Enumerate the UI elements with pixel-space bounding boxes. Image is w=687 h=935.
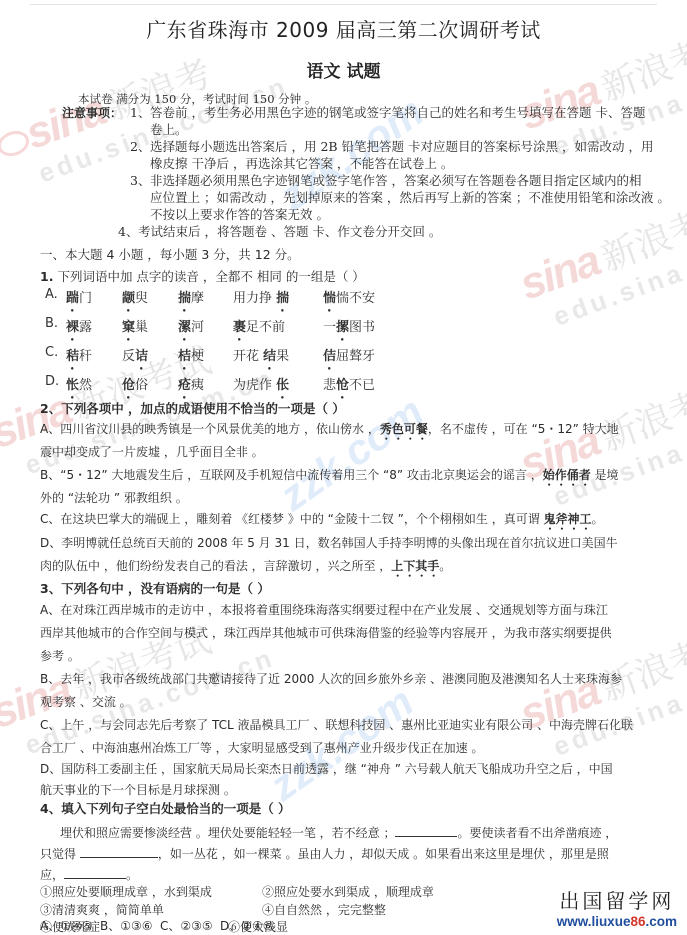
q2-option-c: C、在这块巴掌大的端砚上 ，雕刻着 《红楼梦 》中的 “金陵十二钗 ”，个个栩栩…	[40, 510, 604, 533]
q4-answer-a[interactable]: A、①④⑤	[40, 917, 92, 935]
q1-c-4: 开花 结果	[233, 345, 289, 373]
q1-a-2: 颛臾	[122, 287, 148, 315]
q1-a-3: 揣摩	[178, 287, 204, 315]
q1-number: 1.	[40, 269, 53, 284]
q1-d-4: 为虎作 伥	[233, 374, 289, 402]
q4-choice-1: ①照应处要顺理成章 ，水到渠成	[40, 883, 212, 901]
note-3-line-1: 非选择题必须用黑色字迹钢笔或签字笔作答 ，答案必须写在答题卷各题目指定区域内的相	[150, 172, 641, 190]
q4-choice-4: ④自自然然 ，完完整整	[262, 901, 386, 919]
note-4-line-1: 考试结束后 ，将答题卷 、答题 卡、作文卷分开交回 。	[138, 223, 441, 241]
exam-subtitle: 语文 试题	[0, 57, 687, 82]
q2-b-idiom: 始作俑者	[543, 468, 591, 482]
q3-option-b-2: 观考察 、交流 。	[40, 693, 132, 711]
note-1-num: 1、	[130, 104, 150, 122]
q2-c-idiom: 鬼斧神工	[544, 512, 592, 526]
q4-answer-c[interactable]: C、②③⑤	[160, 917, 213, 935]
logo-url[interactable]: www.liuxue86.com	[557, 914, 677, 929]
q3-option-d-2: 航天事业的下一个目标是月球探测 。	[40, 781, 236, 799]
q4-passage-line-3: 应，。	[40, 864, 138, 884]
q1-row-d-label: D.	[45, 374, 59, 389]
q4-choice-2: ②照应处要水到渠成 ，顺理成章	[262, 883, 434, 901]
q4-answer-d[interactable]: D、②④⑥	[220, 917, 274, 935]
q3-option-b-1: B、去年 ，我市各级统战部门共邀请接待了近 2000 人次的回乡旅外乡亲 、港澳…	[40, 670, 622, 688]
note-2-line-1: 选择题每小题选出答案后 ，用 2B 铅笔把答题 卡对应题目的答案标号涂黑 ，如需…	[150, 138, 653, 156]
note-1-line-1: 答卷前 ，考生务必用黑色字迹的钢笔或签字笔将自己的姓名和考生号填写在答题 卡、答…	[150, 104, 645, 122]
q2-option-d-cont: 肉的队伍中 ，他们纷纷发表自己的看法 ，言辞激切 ，兴之所至 ，上下其手。	[40, 557, 451, 580]
q4-passage-line-1: 埋伏和照应需要惨淡经营 。埋伏处要能轻轻一笔 ，若不经意 ；。要使读者看不出斧凿…	[60, 822, 617, 842]
q1-text: 下列词语中加 点字的读音 ，全都不 相同 的一组是（ ）	[57, 269, 364, 284]
note-2-line-2: 橡皮擦 干净后 ，再选涂其它答案 ，不能答在试卷上 。	[150, 155, 453, 173]
q2-d-idiom: 上下其手	[391, 559, 439, 573]
q2-option-b: B、“5・12” 大地震发生后 ，互联网及手机短信中流传着用三个 “8” 攻击北…	[40, 466, 619, 489]
q3-option-a-2: 西岸其他城市的合作空间与模式 ，珠江西岸其他城市可供珠海借鉴的经验等内容展开 ，…	[40, 624, 612, 642]
q3-option-d-1: D、国防科工委副主任 ，国家航天局局长栾杰日前透露 ，继 “神舟 ” 六号载人航…	[40, 760, 613, 778]
q1-c-1: 秸秆	[66, 345, 92, 373]
q1-d-3: 疮痍	[178, 374, 204, 402]
q1-stem: 1. 下列词语中加 点字的读音 ，全都不 相同 的一组是（ ）	[40, 268, 365, 286]
q1-b-3: 漯河	[178, 316, 204, 344]
q3-option-c-1: C、上午 ，与会同志先后考察了 TCL 液晶模具工厂 、联想科技园 、惠州比亚迪…	[40, 716, 633, 734]
q1-c-2: 反诘	[122, 345, 148, 373]
q3-option-a-1: A、在对珠江西岸城市的走访中 ，本报将着重围绕珠海落实纲要过程中在产业发展 、交…	[40, 601, 608, 619]
q2-option-b-cont: 外的 “法轮功 ” 邪教组织 。	[40, 489, 188, 507]
q4-blank-3[interactable]	[64, 864, 126, 879]
note-4-num: 4、	[118, 223, 138, 241]
q2-a-idiom: 秀色可餐	[380, 422, 428, 436]
q2-stem: 2、下列各项中 ，加点的成语使用不恰当的一项是（ ）	[40, 400, 345, 418]
note-3-line-2: 应位置上 ；如需改动 ，先划掉原来的答案 ，然后再写上新的答案 ；不准使用铅笔和…	[150, 189, 670, 207]
q1-c-3: 桔梗	[178, 345, 204, 373]
q4-blank-1[interactable]	[395, 822, 457, 837]
liuxue86-logo: 出国留学网 www.liuxue86.com	[557, 885, 677, 929]
logo-name: 出国留学网	[557, 885, 677, 914]
q4-blank-2[interactable]	[80, 843, 158, 858]
exam-title: 广东省珠海市 2009 届高三第二次调研考试	[0, 14, 687, 43]
q1-row-a-label: A.	[45, 287, 58, 302]
notes-label: 注意事项：	[62, 104, 122, 122]
note-3-num: 3、	[130, 172, 150, 190]
note-1-line-2: 卷上。	[150, 121, 188, 139]
q1-b-5: 一摞图书	[323, 316, 375, 344]
q4-stem: 4、填入下列句子空白处最恰当的一项是（ ）	[40, 800, 291, 818]
q2-option-d: D、李明博就任总统百天前的 2008 年 5 月 31 日，数名韩国人手持李明博…	[40, 534, 618, 552]
q1-d-1: 怅然	[66, 374, 92, 402]
q4-passage-line-2: 只觉得 ，如一丛花 ，如一棵菜 。虽由人力 ，却似天成 。如果看出来这里是埋伏 …	[40, 843, 609, 863]
q1-a-5: 惴惴不安	[323, 287, 375, 315]
q3-stem: 3、下列各句中 ，没有语病的一句是（ ）	[40, 580, 270, 598]
q3-option-a-3: 参考 。	[40, 647, 80, 665]
q1-b-2: 窠巢	[122, 316, 148, 344]
q1-row-c-label: C.	[45, 345, 58, 360]
q1-c-5: 佶屈聱牙	[323, 345, 375, 373]
q2-option-a-cont: 震中却变成了一片废墟 ，几乎面目全非 。	[40, 443, 264, 461]
sina-eye-icon	[0, 127, 33, 160]
q2-option-a: A、四川省汶川县的映秀镇是一个风景优美的地方 ，依山傍水 ，秀色可餐，名不虚传 …	[40, 420, 619, 443]
q1-row-b-label: B.	[45, 316, 58, 331]
note-2-num: 2、	[130, 138, 150, 156]
q1-a-1: 踹门	[66, 287, 92, 315]
q1-a-4: 用力挣 揣	[233, 287, 289, 315]
note-3-line-3: 不按以上要求作答的答案无效 。	[150, 206, 329, 224]
q1-b-1: 裸露	[66, 316, 92, 344]
q1-d-5: 悲怆不已	[323, 374, 375, 402]
q3-option-c-2: 合工厂 、中海油惠州冶炼工厂等 ，大家明显感受到了惠州产业升级步伐正在加速 。	[40, 739, 483, 757]
q1-d-2: 伧俗	[122, 374, 148, 402]
q1-b-4: 裹足不前	[233, 316, 285, 344]
top-rule	[30, 4, 657, 5]
q4-answer-b[interactable]: B、①③⑥	[100, 917, 153, 935]
section-1-heading: 一、本大题 4 小题 ，每小题 3 分，共 12 分。	[40, 246, 300, 264]
